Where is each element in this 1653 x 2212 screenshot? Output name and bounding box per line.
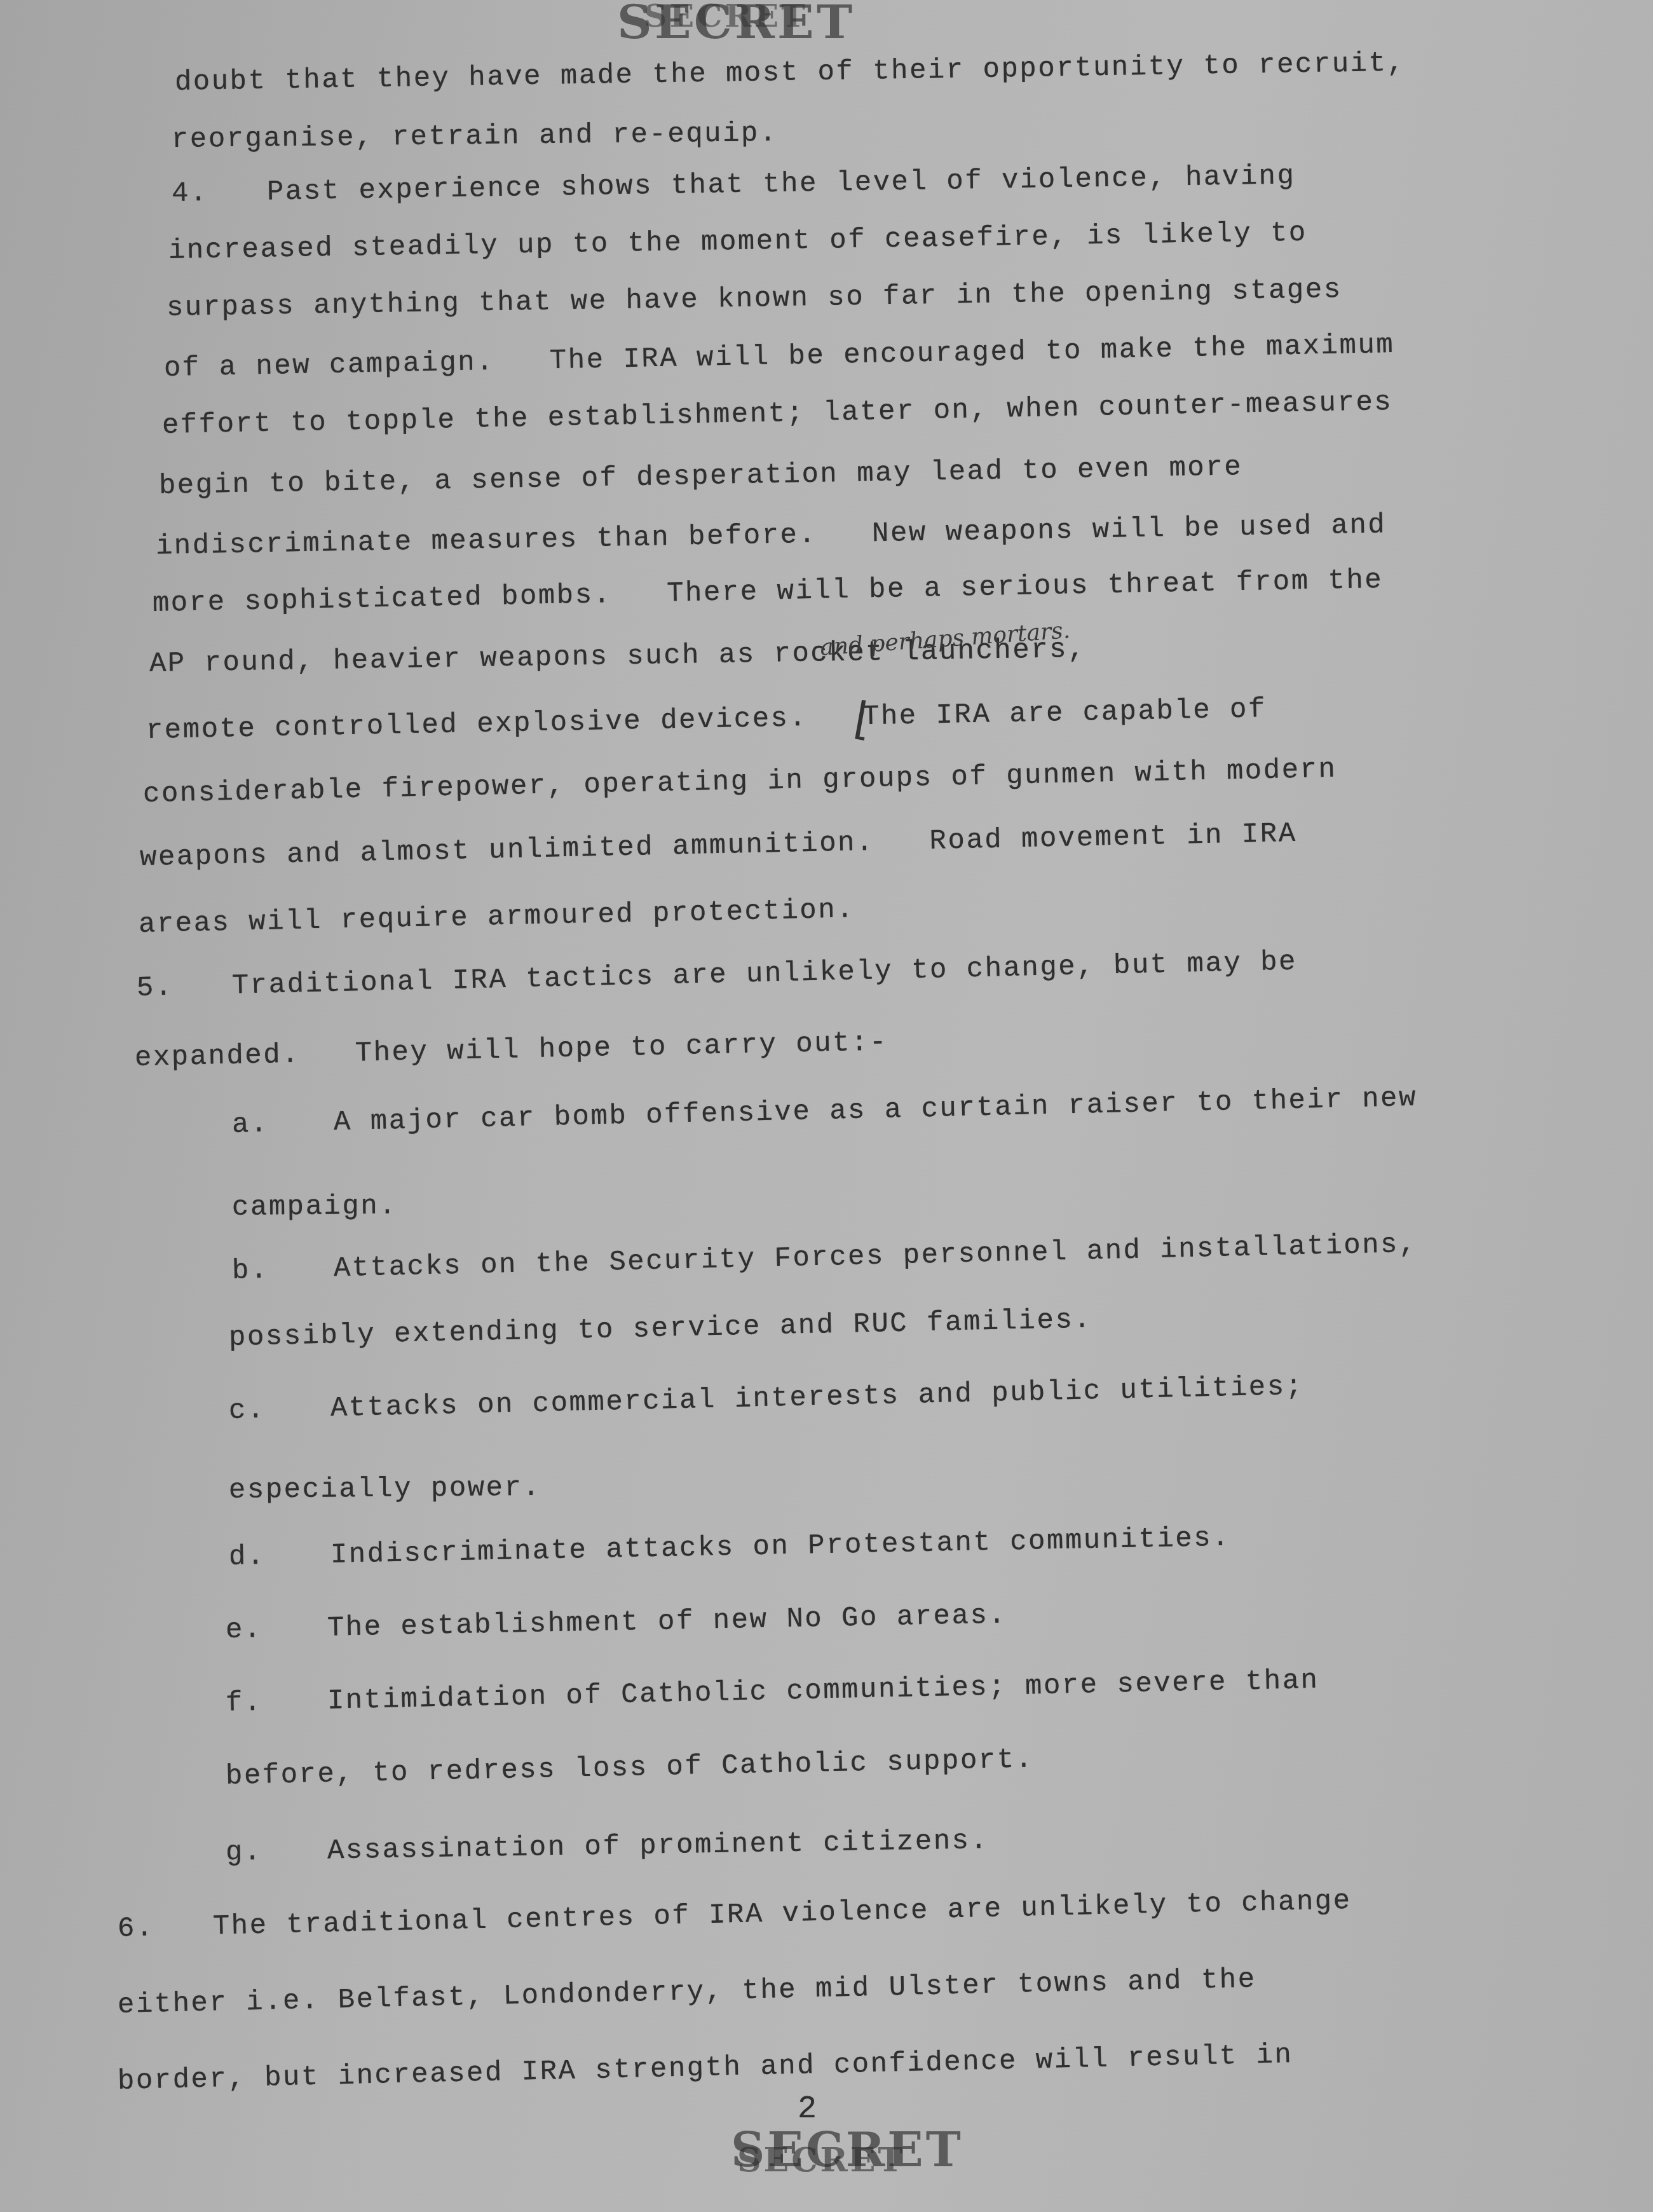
text-line: expanded. They will hope to carry out:-	[134, 1027, 888, 1074]
line-text: Intimidation of Catholic communities; mo…	[327, 1665, 1319, 1717]
text-line: f.Intimidation of Catholic communities; …	[225, 1665, 1319, 1719]
line-text: before, to redress loss of Catholic supp…	[225, 1744, 1034, 1792]
list-item-marker: f.	[225, 1686, 327, 1719]
text-line: possibly extending to service and RUC fa…	[228, 1304, 1092, 1354]
page-number: 2	[798, 2091, 819, 2127]
line-text: areas will require armoured protection.	[138, 894, 855, 941]
text-line: weapons and almost unlimited ammunition.…	[139, 818, 1297, 874]
line-text: Attacks on the Security Forces personnel…	[333, 1229, 1417, 1285]
list-item-marker: a.	[231, 1107, 334, 1141]
text-line: increased steadily up to the moment of c…	[168, 217, 1308, 267]
line-text: The establishment of new No Go areas.	[327, 1599, 1007, 1644]
text-line: d.Indiscriminate attacks on Protestant c…	[229, 1522, 1231, 1573]
text-line: especially power.	[229, 1472, 541, 1506]
text-line: begin to bite, a sense of desperation ma…	[159, 451, 1243, 502]
text-line: considerable firepower, operating in gro…	[142, 754, 1337, 810]
text-line: g.Assassination of prominent citizens.	[226, 1825, 989, 1869]
line-text: A major car bomb offensive as a curtain …	[333, 1082, 1417, 1139]
line-text: considerable firepower, operating in gro…	[142, 754, 1337, 810]
list-item-marker: g.	[226, 1835, 328, 1869]
text-line: either i.e. Belfast, Londonderry, the mi…	[117, 1963, 1256, 2021]
line-text: Attacks on commercial interests and publ…	[330, 1371, 1304, 1425]
text-line: border, but increased IRA strength and c…	[117, 2039, 1293, 2098]
line-text: remote controlled explosive devices. The…	[146, 693, 1267, 747]
line-text: doubt that they have made the most of th…	[175, 48, 1406, 99]
paragraph-number: 6.	[117, 1911, 213, 1945]
classification-overprint: SECRET	[644, 0, 808, 34]
text-line: c.Attacks on commercial interests and pu…	[228, 1371, 1304, 1427]
text-line: remote controlled explosive devices. The…	[146, 693, 1267, 747]
paragraph-number: 4.	[172, 177, 268, 210]
list-item-marker: e.	[226, 1613, 328, 1646]
list-item-marker: d.	[229, 1540, 331, 1573]
line-text: reorganise, retrain and re-equip.	[172, 118, 778, 156]
line-text: surpass anything that we have known so f…	[167, 274, 1342, 324]
text-line: e.The establishment of new No Go areas.	[226, 1599, 1007, 1646]
classification-stamp-top: SECRET SECRET	[617, 0, 855, 49]
list-item-marker: b.	[231, 1253, 334, 1287]
text-line: a.A major car bomb offensive as a curtai…	[231, 1082, 1417, 1141]
line-text: weapons and almost unlimited ammunition.…	[139, 818, 1297, 874]
text-line: areas will require armoured protection.	[138, 894, 855, 941]
document-page: SECRET SECRET doubt that they have made …	[0, 0, 1653, 2212]
line-text: expanded. They will hope to carry out:-	[134, 1027, 888, 1074]
text-line: indiscriminate measures than before. New…	[156, 509, 1387, 563]
line-text: Assassination of prominent citizens.	[327, 1825, 989, 1867]
classification-overprint: SECRET	[737, 2141, 905, 2180]
line-text: more sophisticated bombs. There will be …	[153, 564, 1384, 620]
text-line: campaign.	[232, 1191, 398, 1224]
line-text: especially power.	[229, 1472, 541, 1506]
text-line: surpass anything that we have known so f…	[167, 274, 1342, 324]
text-line: more sophisticated bombs. There will be …	[153, 564, 1384, 620]
line-text: increased steadily up to the moment of c…	[168, 217, 1308, 267]
line-text: The traditional centres of IRA violence …	[212, 1885, 1352, 1943]
line-text: of a new campaign. The IRA will be encou…	[164, 329, 1395, 385]
classification-stamp-bottom: SECRET SECRET	[731, 2123, 963, 2178]
line-text: possibly extending to service and RUC fa…	[228, 1304, 1092, 1354]
line-text: Traditional IRA tactics are unlikely to …	[231, 946, 1297, 1002]
text-line: 4.Past experience shows that the level o…	[172, 160, 1296, 210]
text-line: of a new campaign. The IRA will be encou…	[164, 329, 1395, 385]
line-text: begin to bite, a sense of desperation ma…	[159, 451, 1243, 502]
line-text: campaign.	[232, 1191, 398, 1224]
line-text: Past experience shows that the level of …	[267, 160, 1296, 208]
paragraph-number: 5.	[136, 971, 232, 1004]
line-text: either i.e. Belfast, Londonderry, the mi…	[117, 1963, 1256, 2021]
text-line: effort to topple the establishment; late…	[162, 386, 1393, 442]
text-line: before, to redress loss of Catholic supp…	[225, 1744, 1034, 1792]
line-text: Indiscriminate attacks on Protestant com…	[330, 1522, 1230, 1571]
list-item-marker: c.	[228, 1393, 330, 1427]
text-line: b.Attacks on the Security Forces personn…	[231, 1229, 1417, 1287]
text-line: reorganise, retrain and re-equip.	[172, 118, 778, 156]
line-text: border, but increased IRA strength and c…	[117, 2039, 1293, 2098]
text-line: 5.Traditional IRA tactics are unlikely t…	[136, 946, 1297, 1004]
line-text: indiscriminate measures than before. New…	[156, 509, 1387, 563]
text-line: 6.The traditional centres of IRA violenc…	[117, 1885, 1352, 1945]
line-text: effort to topple the establishment; late…	[162, 386, 1393, 442]
text-line: doubt that they have made the most of th…	[175, 48, 1406, 99]
